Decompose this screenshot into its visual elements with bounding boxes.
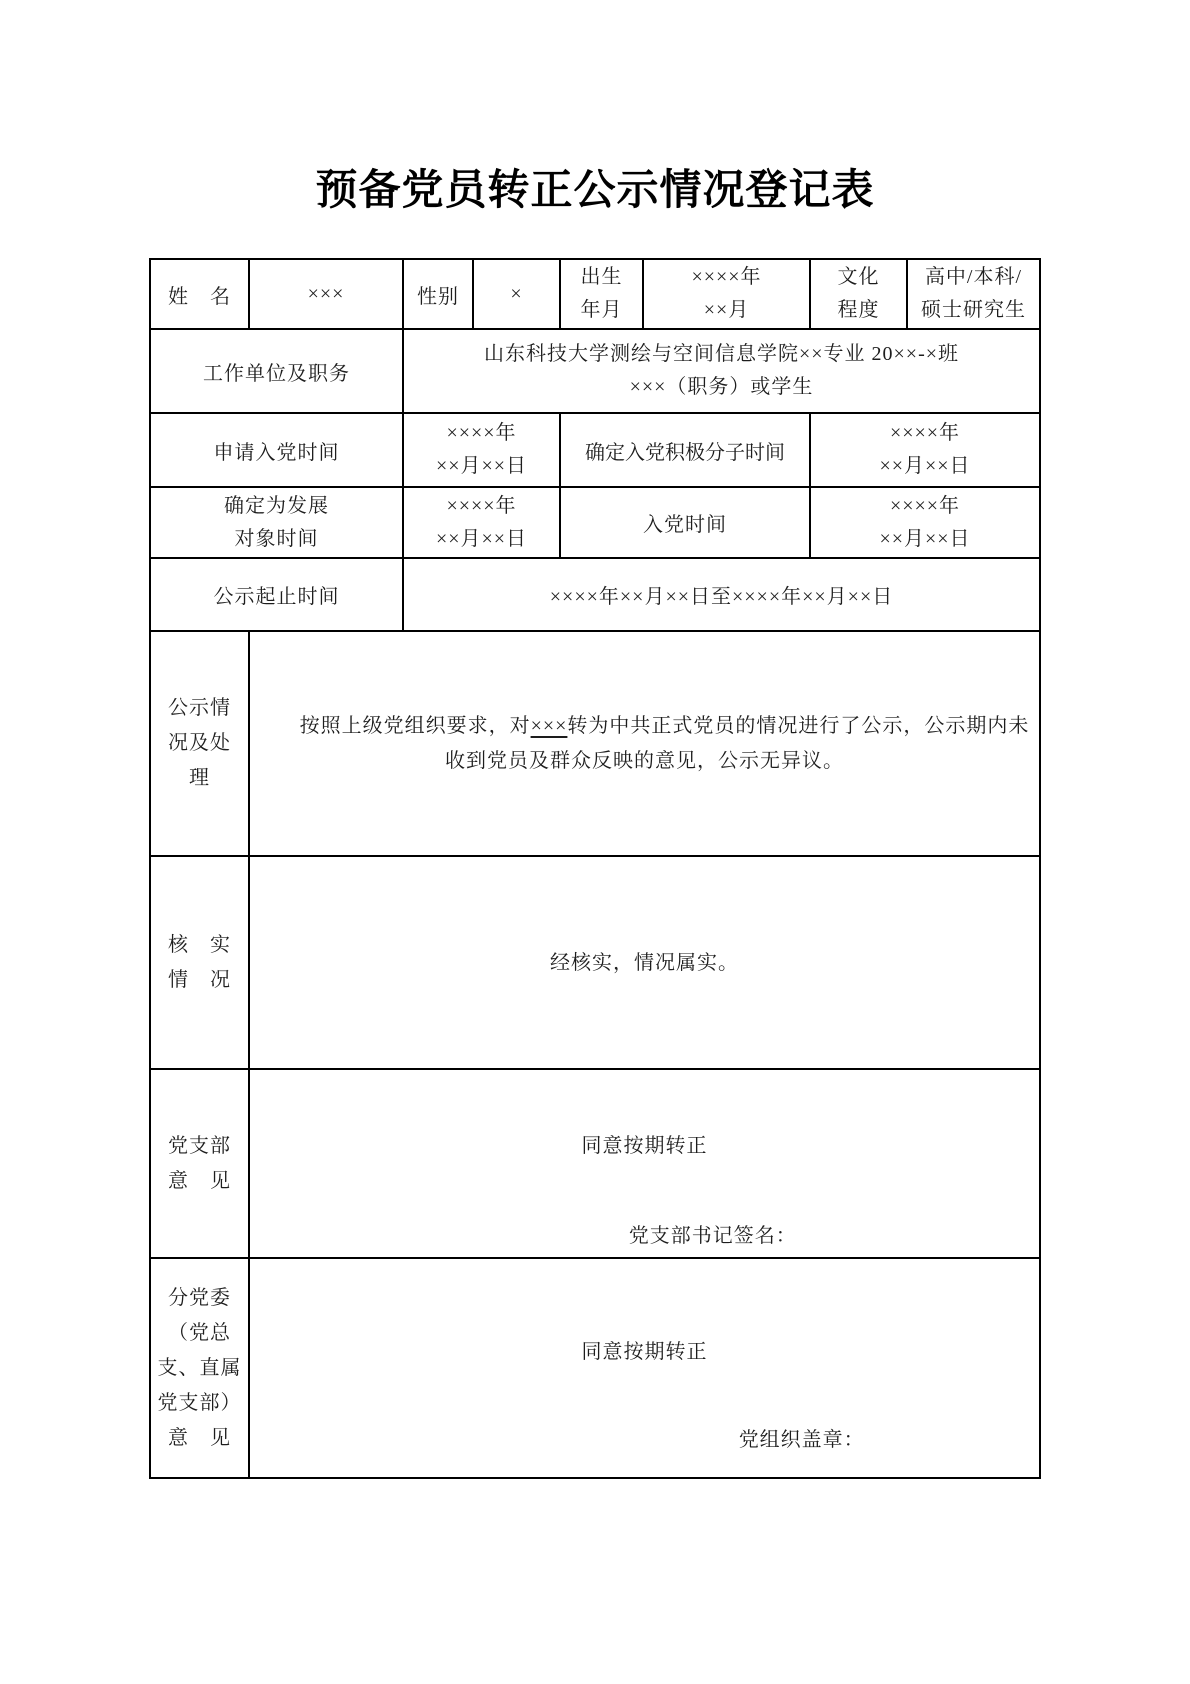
development-time-value-cell: ××××年 ××月××日: [403, 487, 560, 558]
row-branch-opinion: 党支部 意 见 同意按期转正 党支部书记签名：: [150, 1069, 1040, 1258]
education-value-cell: 高中/本科/ 硕士研究生: [907, 259, 1040, 329]
row-verification: 核 实 情 况 经核实，情况属实。: [150, 856, 1040, 1069]
birth-value-cell: ××××年 ××月: [643, 259, 810, 329]
name-label-cell: 姓 名: [150, 259, 249, 329]
verification-content-cell: 经核实，情况属实。: [249, 856, 1040, 1069]
birth-label-cell: 出生 年月: [560, 259, 643, 329]
branch-opinion-content-cell: 同意按期转正 党支部书记签名：: [249, 1069, 1040, 1258]
work-unit-value-cell: 山东科技大学测绘与空间信息学院××专业 20××-×班 ×××（职务）或学生: [403, 329, 1040, 413]
gender-value-cell: ×: [473, 259, 560, 329]
document-page: 预备党员转正公示情况登记表 姓 名 ××× 性别 × 出生 年月 ××××年 ×…: [0, 0, 1190, 1684]
apply-time-label-cell: 申请入党时间: [150, 413, 403, 487]
committee-opinion-text: 同意按期转正: [252, 1339, 1037, 1365]
join-time-value-cell: ××××年 ××月××日: [810, 487, 1040, 558]
branch-opinion-label-cell: 党支部 意 见: [150, 1069, 249, 1258]
committee-opinion-content-cell: 同意按期转正 党组织盖章：: [249, 1258, 1040, 1478]
row-development-time: 确定为发展 对象时间 ××××年 ××月××日 入党时间 ××××年 ××月××…: [150, 487, 1040, 558]
activist-time-label-cell: 确定入党积极分子时间: [560, 413, 810, 487]
row-basic-info: 姓 名 ××× 性别 × 出生 年月 ××××年 ××月 文化 程度 高中/本科…: [150, 259, 1040, 329]
notice-result-content-cell: 按照上级党组织要求，对×××转为中共正式党员的情况进行了公示，公示期内未收到党员…: [249, 631, 1040, 856]
branch-opinion-text: 同意按期转正: [252, 1133, 1037, 1159]
row-work-unit: 工作单位及职务 山东科技大学测绘与空间信息学院××专业 20××-×班 ×××（…: [150, 329, 1040, 413]
join-time-label-cell: 入党时间: [560, 487, 810, 558]
notice-text-name-underlined: ×××: [531, 715, 568, 737]
party-organization-seal-label: 党组织盖章：: [252, 1427, 1037, 1453]
registration-form-table: 姓 名 ××× 性别 × 出生 年月 ××××年 ××月 文化 程度 高中/本科…: [149, 258, 1041, 1479]
gender-label-cell: 性别: [403, 259, 473, 329]
notice-text-before: 按照上级党组织要求，对: [300, 715, 531, 737]
work-unit-label-cell: 工作单位及职务: [150, 329, 403, 413]
activist-time-value-cell: ××××年 ××月××日: [810, 413, 1040, 487]
notice-period-label-cell: 公示起止时间: [150, 558, 403, 631]
education-label-cell: 文化 程度: [810, 259, 907, 329]
notice-period-value-cell: ××××年××月××日至××××年××月××日: [403, 558, 1040, 631]
verification-label-cell: 核 实 情 况: [150, 856, 249, 1069]
form-title: 预备党员转正公示情况登记表: [0, 166, 1190, 214]
apply-time-value-cell: ××××年 ××月××日: [403, 413, 560, 487]
row-committee-opinion: 分党委 （党总 支、直属 党支部） 意 见 同意按期转正 党组织盖章：: [150, 1258, 1040, 1478]
development-time-label-cell: 确定为发展 对象时间: [150, 487, 403, 558]
notice-result-paragraph: 按照上级党组织要求，对×××转为中共正式党员的情况进行了公示，公示期内未收到党员…: [252, 709, 1037, 779]
name-value-cell: ×××: [249, 259, 403, 329]
row-notice-period: 公示起止时间 ××××年××月××日至××××年××月××日: [150, 558, 1040, 631]
branch-secretary-signature-label: 党支部书记签名：: [252, 1223, 1037, 1249]
committee-opinion-label-cell: 分党委 （党总 支、直属 党支部） 意 见: [150, 1258, 249, 1478]
row-notice-result: 公示情 况及处 理 按照上级党组织要求，对×××转为中共正式党员的情况进行了公示…: [150, 631, 1040, 856]
row-application-time: 申请入党时间 ××××年 ××月××日 确定入党积极分子时间 ××××年 ××月…: [150, 413, 1040, 487]
notice-result-label-cell: 公示情 况及处 理: [150, 631, 249, 856]
